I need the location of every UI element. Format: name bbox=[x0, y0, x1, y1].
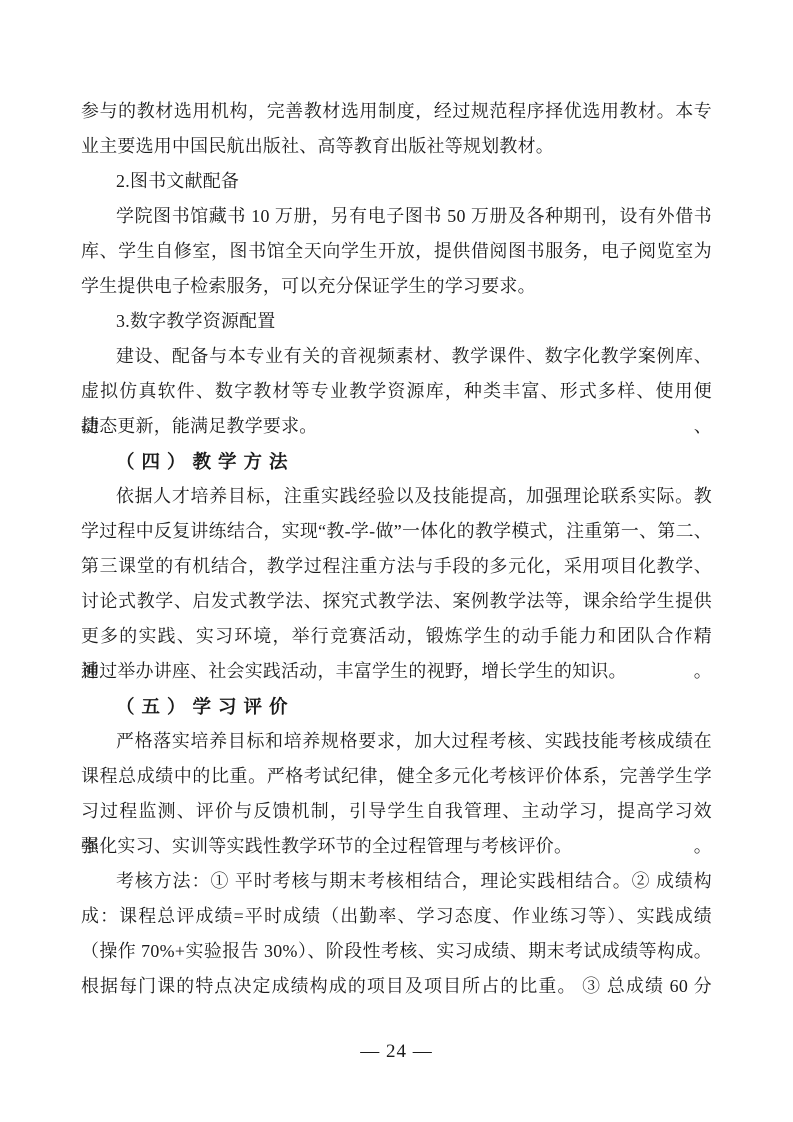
text-line: 课程总成绩中的比重。严格考试纪律，健全多元化考核评价体系，完善学生学 bbox=[81, 759, 712, 794]
text-line: 习过程监测、评价与反馈机制，引导学生自我管理、主动学习，提高学习效率。 bbox=[81, 794, 712, 829]
page-footer: — 24 — bbox=[0, 1040, 793, 1064]
text-block: 参与的教材选用机构，完善教材选用制度，经过规范程序择优选用教材。本专业主要选用中… bbox=[81, 94, 712, 1004]
text-line: 业主要选用中国民航出版社、高等教育出版社等规划教材。 bbox=[81, 129, 712, 164]
text-line: 虚拟仿真软件、数字教材等专业教学资源库，种类丰富、形式多样、使用便捷、 bbox=[81, 374, 712, 409]
section-heading: （五）学习评价 bbox=[81, 689, 712, 724]
section-heading: （四）教学方法 bbox=[81, 444, 712, 479]
text-line: 严格落实培养目标和培养规格要求，加大过程考核、实践技能考核成绩在 bbox=[81, 724, 712, 759]
text-line: 参与的教材选用机构，完善教材选用制度，经过规范程序择优选用教材。本专 bbox=[81, 94, 712, 129]
text-line: 学过程中反复讲练结合，实现“教-学-做”一体化的教学模式，注重第一、第二、 bbox=[81, 514, 712, 549]
text-line: 讨论式教学、启发式教学法、探究式教学法、案例教学法等，课余给学生提供 bbox=[81, 584, 712, 619]
text-line: 库、学生自修室，图书馆全天向学生开放，提供借阅图书服务，电子阅览室为 bbox=[81, 234, 712, 269]
text-line: 更多的实践、实习环境，举行竞赛活动，锻炼学生的动手能力和团队合作精神。 bbox=[81, 619, 712, 654]
text-line: 学院图书馆藏书 10 万册，另有电子图书 50 万册及各种期刊，设有外借书 bbox=[81, 199, 712, 234]
text-line: 通过举办讲座、社会实践活动，丰富学生的视野，增长学生的知识。 bbox=[81, 654, 712, 689]
text-line: 建设、配备与本专业有关的音视频素材、教学课件、数字化教学案例库、 bbox=[81, 339, 712, 374]
text-line: 第三课堂的有机结合，教学过程注重方法与手段的多元化，采用项目化教学、 bbox=[81, 549, 712, 584]
text-line: 2.图书文献配备 bbox=[81, 164, 712, 199]
text-line: 3.数字教学资源配置 bbox=[81, 304, 712, 339]
text-line: 考核方法：① 平时考核与期末考核相结合，理论实践相结合。② 成绩构 bbox=[81, 864, 712, 899]
text-line: （操作 70%+实验报告 30%）、阶段性考核、实习成绩、期末考试成绩等构成。 bbox=[81, 934, 712, 969]
document-page: 参与的教材选用机构，完善教材选用制度，经过规范程序择优选用教材。本专业主要选用中… bbox=[0, 0, 793, 1122]
text-line: 根据每门课的特点决定成绩构成的项目及项目所占的比重。 ③ 总成绩 60 分 bbox=[81, 969, 712, 1004]
text-line: 学生提供电子检索服务，可以充分保证学生的学习要求。 bbox=[81, 269, 712, 304]
page-number: — 24 — bbox=[360, 1041, 433, 1062]
text-line: 依据人才培养目标，注重实践经验以及技能提高，加强理论联系实际。教 bbox=[81, 479, 712, 514]
text-line: 成：课程总评成绩=平时成绩（出勤率、学习态度、作业练习等）、实践成绩 bbox=[81, 899, 712, 934]
